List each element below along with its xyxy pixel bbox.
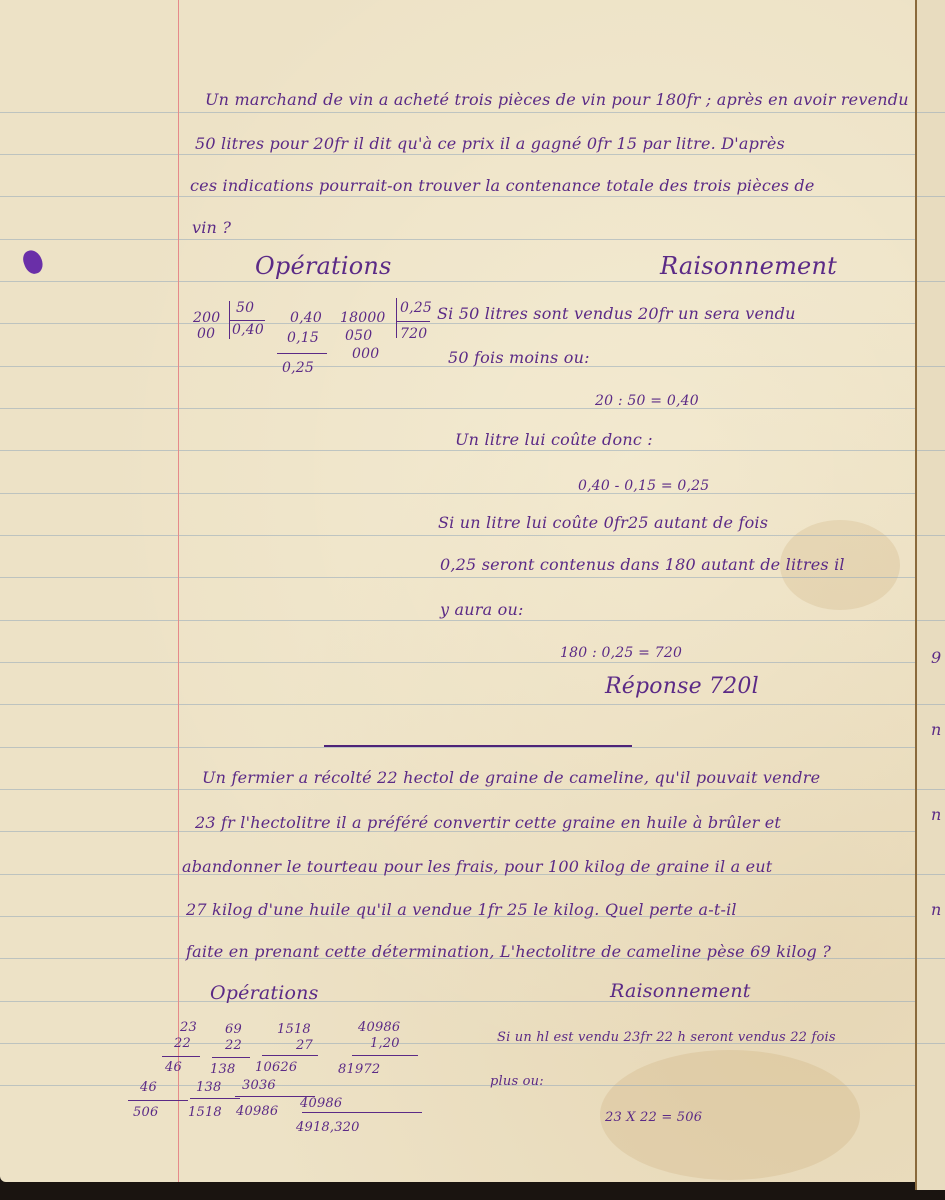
multiplication-line: [162, 1056, 200, 1057]
ruled-line: [0, 323, 915, 324]
p1-reasoning-line: Si 50 litres sont vendus 20fr un sera ve…: [437, 304, 796, 323]
edge-mark: n: [931, 805, 941, 824]
p2-mul1-b: 22: [174, 1036, 191, 1051]
problem2-statement-line: 23 fr l'hectolitre il a préféré converti…: [195, 813, 781, 832]
p1-reasoning-line: 0,25 seront contenus dans 180 autant de …: [440, 555, 845, 574]
problem2-statement-line: Un fermier a récolté 22 hectol de graine…: [202, 768, 820, 787]
problem2-statement-line: faite en prenant cette détermination, L'…: [186, 942, 831, 961]
ruled-line: [917, 789, 945, 790]
problem1-statement-line: vin ?: [192, 218, 231, 237]
ruled-line: [0, 196, 915, 197]
ruled-line: [0, 662, 915, 663]
ruled-line: [0, 1001, 915, 1002]
p2-mul2-result: 1518: [188, 1105, 222, 1120]
edge-mark: n: [931, 720, 941, 739]
p2-mul4-partial: 40986: [300, 1096, 342, 1111]
p2-reasoning-line: Si un hl est vendu 23fr 22 h seront vend…: [497, 1030, 836, 1045]
p1-sub-result: 0,25: [282, 360, 314, 376]
p1-reasoning-line: Si un litre lui coûte 0fr25 autant de fo…: [438, 513, 768, 532]
problem1-reasoning-heading: Raisonnement: [660, 252, 837, 280]
ruled-line: [0, 408, 915, 409]
next-page-edge: 9 n n n: [915, 0, 945, 1190]
section-divider: [324, 745, 632, 747]
ruled-line: [0, 281, 915, 282]
problem2-operations-heading: Opérations: [210, 982, 319, 1004]
p1-reasoning-equation: 180 : 0,25 = 720: [560, 645, 682, 661]
p2-mul1-result: 506: [133, 1105, 158, 1120]
ruled-line: [0, 704, 915, 705]
p2-mul3-b: 27: [296, 1038, 313, 1053]
p1-div2-quotient: 720: [400, 326, 427, 342]
ruled-line: [0, 535, 915, 536]
notebook-page: Un marchand de vin a acheté trois pièces…: [0, 0, 915, 1182]
p1-reasoning-line: 50 fois moins ou:: [448, 348, 590, 367]
p2-mul4-result: 4918,320: [296, 1120, 360, 1135]
p1-div1-remainder: 00: [197, 326, 215, 342]
problem2-reasoning-heading: Raisonnement: [610, 980, 751, 1002]
p1-div2-dividend: 18000: [340, 310, 386, 326]
p2-mul4-partial: 81972: [338, 1062, 380, 1077]
ruled-line: [0, 789, 915, 790]
p1-div1-quotient: 0,40: [232, 322, 264, 338]
ruled-line: [0, 1085, 915, 1086]
multiplication-line: [212, 1057, 250, 1058]
p1-reasoning-equation: 20 : 50 = 0,40: [595, 393, 699, 409]
ruled-line: [917, 1043, 945, 1044]
ruled-line: [0, 747, 915, 748]
edge-mark: 9: [931, 648, 941, 667]
multiplication-line: [262, 1055, 318, 1056]
p2-mul2-b: 22: [225, 1038, 242, 1053]
p1-answer: Réponse 720l: [605, 674, 759, 699]
p2-mul3-a: 1518: [277, 1022, 311, 1037]
ruled-line: [0, 620, 915, 621]
p1-reasoning-line: Un litre lui coûte donc :: [455, 430, 653, 449]
division-bracket: [396, 298, 397, 338]
ruled-line: [917, 958, 945, 959]
p1-div2-remainder: 000: [352, 346, 379, 362]
p1-div1-divisor: 50: [236, 300, 254, 316]
p2-mul1-partial: 46: [165, 1060, 182, 1075]
ruled-line: [917, 366, 945, 367]
ruled-line: [0, 112, 915, 113]
problem2-statement-line: 27 kilog d'une huile qu'il a vendue 1fr …: [186, 900, 737, 919]
ruled-line: [917, 874, 945, 875]
ruled-line: [0, 154, 915, 155]
red-margin-line: [178, 0, 179, 1182]
p2-reasoning-equation: 23 X 22 = 506: [605, 1110, 702, 1125]
ruled-line: [917, 704, 945, 705]
p2-mul1-a: 23: [180, 1020, 197, 1035]
p1-div2-divisor: 0,25: [400, 300, 432, 316]
problem1-statement-line: Un marchand de vin a acheté trois pièces…: [205, 90, 909, 109]
p2-mul2-partial: 138: [196, 1080, 221, 1095]
division-bracket-line: [396, 321, 430, 322]
ruled-line: [917, 620, 945, 621]
p1-reasoning-line: y aura ou:: [440, 600, 524, 619]
p2-mul3-partial: 3036: [242, 1078, 276, 1093]
ruled-line: [0, 577, 915, 578]
p1-sub-minus: 0,15: [287, 330, 319, 346]
ruled-line: [917, 196, 945, 197]
subtraction-line: [277, 353, 327, 354]
ruled-line: [917, 112, 945, 113]
ruled-line: [917, 535, 945, 536]
ruled-line: [0, 239, 915, 240]
ink-blot: [20, 248, 45, 277]
multiplication-line: [302, 1112, 422, 1113]
p2-mul3-result: 40986: [236, 1104, 278, 1119]
p2-mul1-partial: 46: [140, 1080, 157, 1095]
division-bracket-line: [229, 320, 265, 321]
p2-mul4-a: 40986: [358, 1020, 400, 1035]
p2-mul2-a: 69: [225, 1022, 242, 1037]
p2-mul3-partial: 10626: [255, 1060, 297, 1075]
ruled-line: [917, 281, 945, 282]
p1-div1-dividend: 200: [193, 310, 220, 326]
problem1-statement-line: 50 litres pour 20fr il dit qu'à ce prix …: [195, 134, 785, 153]
p1-sub-top: 0,40: [290, 310, 322, 326]
p2-mul4-b: 1,20: [370, 1036, 400, 1051]
ruled-line: [0, 493, 915, 494]
problem1-operations-heading: Opérations: [255, 252, 392, 280]
multiplication-line: [190, 1098, 240, 1099]
p2-reasoning-line: plus ou:: [490, 1074, 544, 1089]
p1-div2-partial: 050: [345, 328, 372, 344]
multiplication-line: [128, 1100, 188, 1101]
multiplication-line: [352, 1055, 418, 1056]
p1-reasoning-equation: 0,40 - 0,15 = 0,25: [578, 478, 709, 494]
p2-mul2-partial: 138: [210, 1062, 235, 1077]
problem1-statement-line: ces indications pourrait-on trouver la c…: [190, 176, 815, 195]
edge-mark: n: [931, 900, 941, 919]
ruled-line: [917, 450, 945, 451]
problem2-statement-line: abandonner le tourteau pour les frais, p…: [182, 857, 772, 876]
ruled-line: [0, 450, 915, 451]
